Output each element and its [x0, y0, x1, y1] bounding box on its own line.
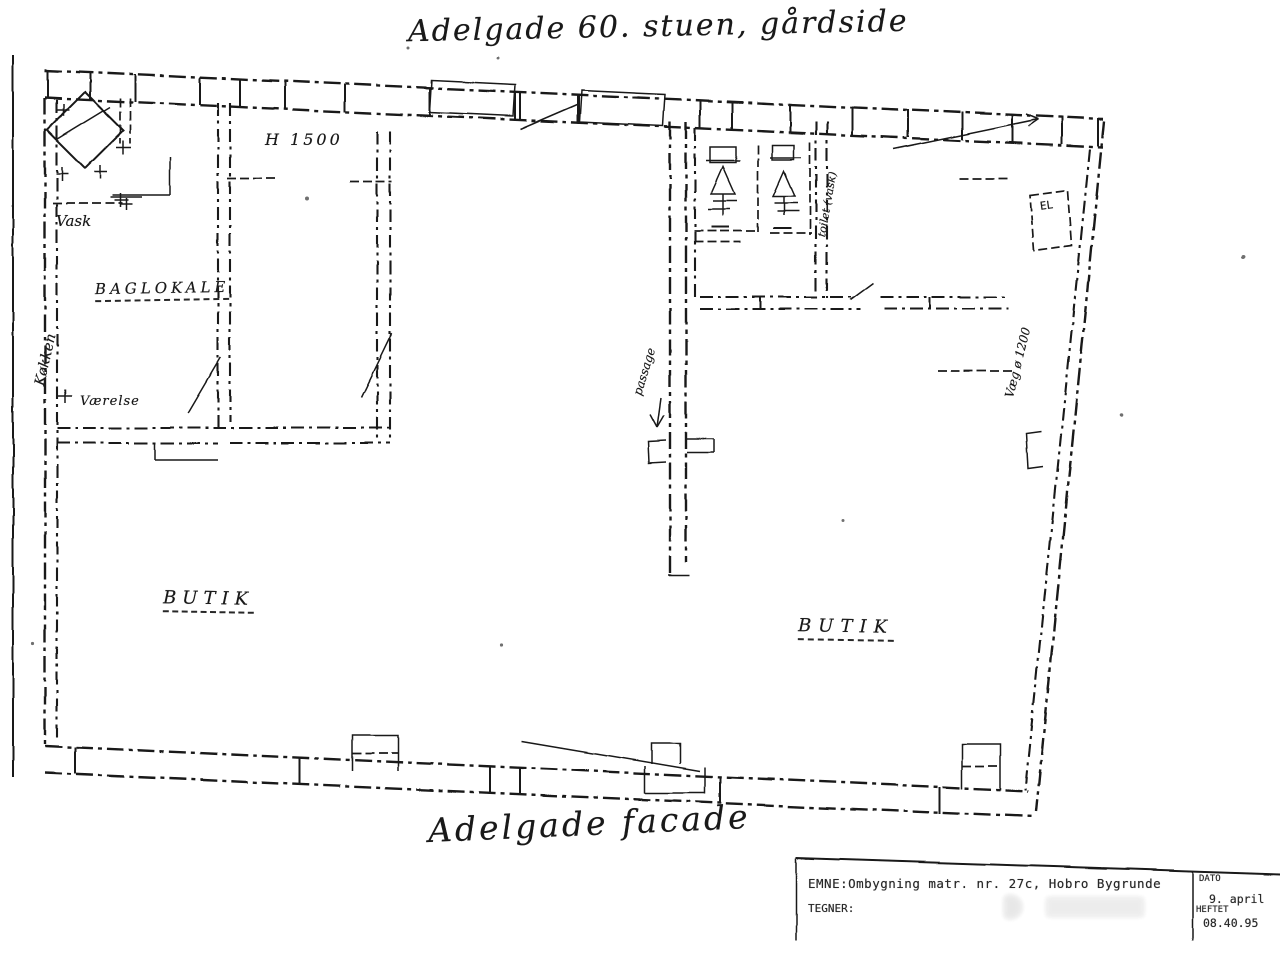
- room-label-vaerelse: Værelse: [80, 395, 140, 409]
- room-label-vask: Vask: [56, 213, 91, 230]
- floorplan-scan: .w {stroke:#1a1a1a;stroke-width:2.4;stro…: [0, 0, 1280, 960]
- titleblock-date-value: 9. april: [1209, 893, 1264, 906]
- room-label-butik-left: BUTIK: [163, 588, 254, 613]
- toilet-block: [694, 122, 1008, 309]
- top-wall-ticks: [48, 70, 1098, 146]
- bottom-doors: [75, 735, 1000, 814]
- room-label-baglokale: BAGLOKALE: [95, 279, 230, 302]
- right-room-details: [893, 114, 1072, 469]
- titleblock-drafter-label: TEGNER:: [808, 903, 854, 915]
- scanner-watermark: [1003, 886, 1153, 928]
- titleblock-date-label: DATO: [1199, 875, 1221, 885]
- titleblock-heftet-label: HEFTET: [1196, 906, 1229, 916]
- titleblock-subject: EMNE:Ombygning matr. nr. 27c, Hobro Bygr…: [808, 877, 1161, 891]
- el-panel-label: EL: [1039, 199, 1054, 213]
- outer-walls: [45, 70, 1104, 817]
- central-partition: [648, 122, 714, 575]
- room-label-butik-right: BUTIK: [798, 616, 894, 641]
- titleblock-ref-number: 08.40.95: [1203, 917, 1258, 930]
- kitchen-fixtures: [47, 92, 170, 210]
- room-label-h1500: H 1500: [265, 131, 343, 149]
